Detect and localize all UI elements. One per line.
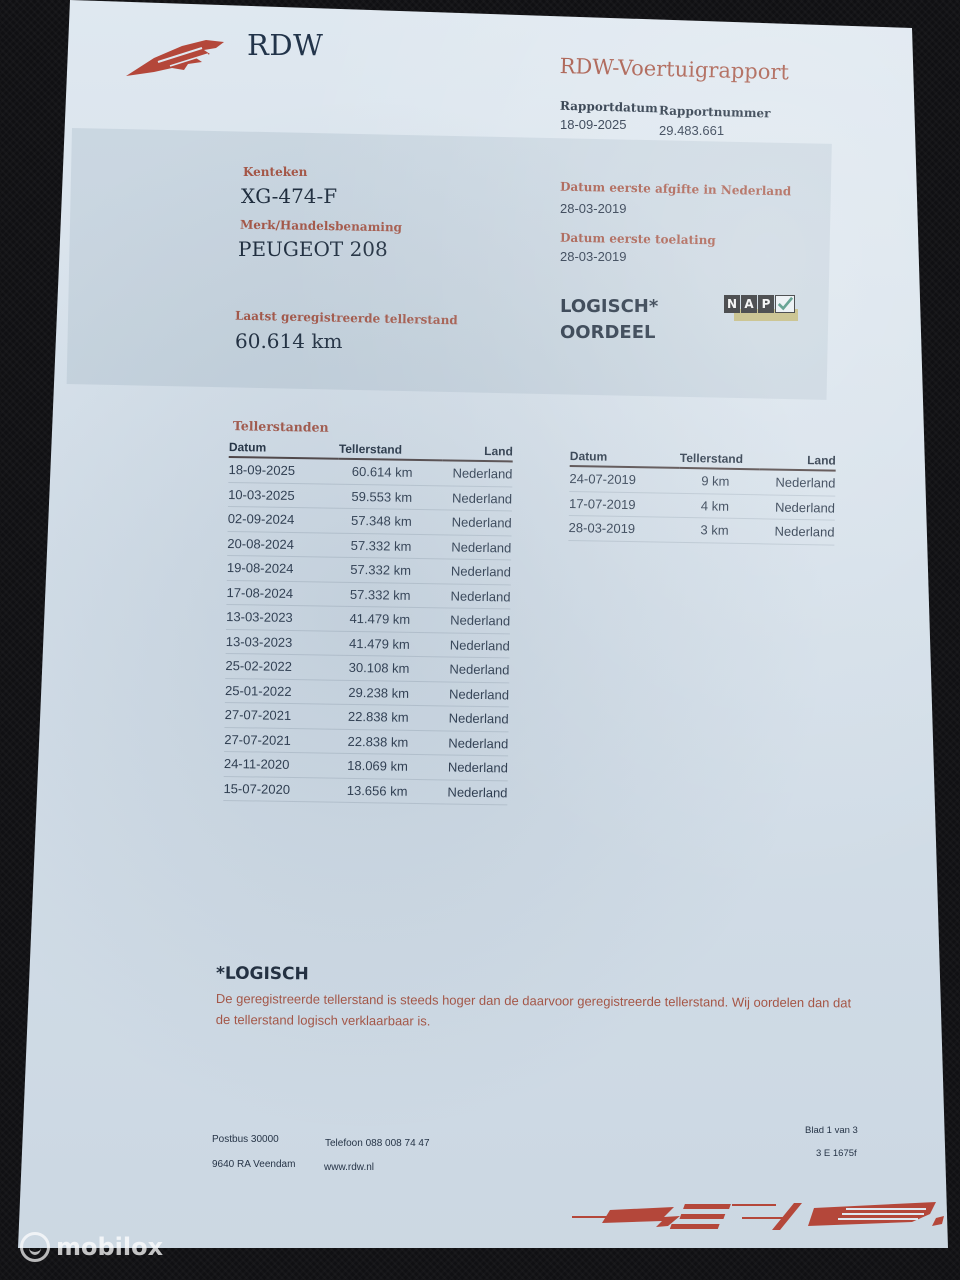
reading-date: 02-09-2024	[228, 506, 338, 532]
footer-phone: Telefoon 088 008 74 47	[325, 1138, 430, 1149]
check-icon	[775, 295, 795, 313]
reading-date: 18-09-2025	[228, 457, 338, 484]
reading-date: 27-07-2021	[224, 702, 334, 728]
reading-country: Nederland	[438, 755, 508, 781]
reading-country: Nederland	[759, 469, 835, 495]
first-admission-label: Datum eerste toelating	[560, 231, 716, 248]
reading-date: 15-07-2020	[223, 776, 333, 802]
reading-odometer: 59.553 km	[338, 484, 442, 510]
readings-section-title: Tellerstanden	[233, 418, 329, 435]
reading-country: Nederland	[440, 608, 510, 634]
first-issue-nl-date: 28-03-2019	[560, 201, 627, 216]
col-date: Datum	[229, 440, 339, 459]
footnote-text: De geregistreerde tellerstand is steeds …	[216, 988, 866, 1035]
nap-letter-n: N	[724, 295, 740, 313]
license-plate: XG-474-F	[241, 184, 337, 208]
reading-country: Nederland	[438, 706, 508, 732]
reading-odometer: 57.348 km	[338, 508, 442, 534]
reading-odometer: 22.838 km	[334, 704, 438, 730]
nap-badge: N A P	[724, 295, 798, 325]
nap-letter-a: A	[741, 295, 757, 313]
reading-odometer: 29.238 km	[335, 680, 439, 706]
reading-country: Nederland	[438, 730, 508, 756]
verdict-line-2: OORDEEL	[560, 320, 658, 346]
summary-panel	[67, 128, 832, 400]
footnote-title: *LOGISCH	[216, 964, 309, 985]
reading-country: Nederland	[439, 657, 509, 683]
last-odometer-value: 60.614 km	[235, 329, 342, 353]
reading-country: Nederland	[440, 632, 510, 658]
watermark: mobilox	[20, 1232, 163, 1262]
nap-letter-p: P	[758, 295, 774, 313]
rdw-feather-logo-icon	[124, 36, 234, 78]
reading-date: 13-03-2023	[226, 604, 336, 630]
reading-country: Nederland	[437, 779, 507, 805]
reading-country: Nederland	[441, 559, 511, 585]
reading-date: 25-01-2022	[225, 678, 335, 704]
verdict: LOGISCH* OORDEEL	[560, 294, 658, 346]
rdw-stripe-graphic-icon	[572, 1190, 944, 1230]
odometer-table-right: Datum Tellerstand Land 24-07-20199 kmNed…	[568, 449, 836, 545]
reading-country: Nederland	[758, 519, 834, 545]
reading-odometer: 60.614 km	[338, 459, 442, 486]
col-country: Land	[760, 452, 836, 470]
reading-country: Nederland	[442, 460, 512, 486]
reading-odometer: 57.332 km	[337, 533, 441, 559]
reading-date: 20-08-2024	[227, 531, 337, 557]
footer-page-number: Blad 1 van 3	[805, 1125, 858, 1136]
report-date-label: Rapportdatum	[560, 99, 658, 116]
table-row: 28-03-20193 kmNederland	[568, 515, 834, 544]
reading-odometer: 18.069 km	[334, 753, 438, 779]
reading-odometer: 57.332 km	[337, 557, 441, 583]
reading-odometer: 9 km	[679, 468, 759, 494]
mobilox-logo-icon	[20, 1232, 50, 1262]
col-odometer: Tellerstand	[339, 442, 443, 461]
org-name: RDW	[247, 28, 323, 62]
reading-odometer: 22.838 km	[334, 729, 438, 755]
reading-country: Nederland	[440, 583, 510, 609]
vehicle-make: PEUGEOT 208	[238, 237, 388, 261]
make-label: Merk/Handelsbenaming	[240, 218, 402, 235]
footer-website[interactable]: www.rdw.nl	[324, 1162, 374, 1173]
col-odometer: Tellerstand	[680, 451, 760, 469]
verdict-line-1: LOGISCH*	[560, 294, 658, 320]
reading-odometer: 57.332 km	[336, 582, 440, 608]
reading-date: 17-08-2024	[226, 580, 336, 606]
reading-odometer: 41.479 km	[336, 631, 440, 657]
reading-country: Nederland	[441, 534, 511, 560]
first-admission-date: 28-03-2019	[560, 249, 627, 264]
reading-country: Nederland	[439, 681, 509, 707]
reading-date: 19-08-2024	[227, 555, 337, 581]
reading-odometer: 30.108 km	[335, 655, 439, 681]
footer-city: 9640 RA Veendam	[212, 1159, 295, 1170]
footer-postbus: Postbus 30000	[212, 1134, 279, 1145]
report-date: 18-09-2025	[560, 117, 627, 132]
reading-odometer: 41.479 km	[336, 606, 440, 632]
reading-date: 17-07-2019	[569, 491, 679, 517]
col-country: Land	[443, 443, 513, 461]
reading-date: 24-11-2020	[224, 751, 334, 777]
watermark-text: mobilox	[56, 1233, 163, 1261]
reading-odometer: 3 km	[678, 517, 758, 543]
reading-date: 13-03-2023	[226, 629, 336, 655]
reading-date: 25-02-2022	[225, 653, 335, 679]
plate-label: Kenteken	[243, 165, 307, 179]
table-row: 15-07-202013.656 kmNederland	[223, 776, 507, 805]
report-number-label: Rapportnummer	[659, 104, 771, 121]
reading-date: 24-07-2019	[569, 466, 679, 493]
reading-date: 27-07-2021	[224, 727, 334, 753]
col-date: Datum	[570, 449, 680, 468]
report-number: 29.483.661	[659, 123, 724, 138]
reading-country: Nederland	[442, 485, 512, 511]
report-title: RDW-Voertuigrapport	[559, 54, 789, 84]
reading-odometer: 4 km	[679, 493, 759, 519]
report-paper: RDW RDW-Voertuigrapport Rapportdatum 18-…	[0, 0, 960, 1280]
reading-date: 28-03-2019	[568, 515, 678, 541]
reading-country: Nederland	[759, 494, 835, 520]
reading-country: Nederland	[442, 510, 512, 536]
footer-code: 3 E 1675f	[816, 1148, 857, 1159]
odometer-table-left: Datum Tellerstand Land 18-09-202560.614 …	[223, 440, 513, 805]
reading-odometer: 13.656 km	[333, 778, 437, 804]
reading-date: 10-03-2025	[228, 482, 338, 508]
